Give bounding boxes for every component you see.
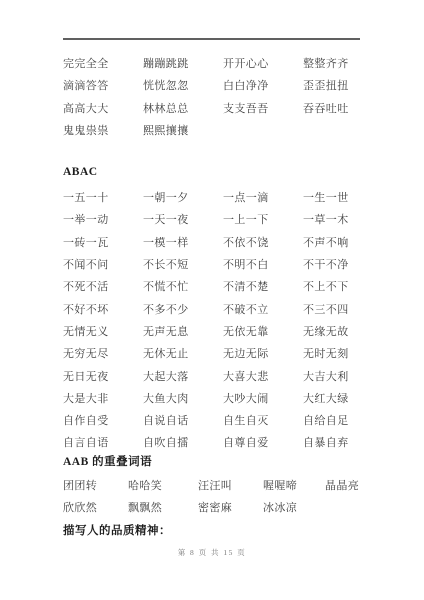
word-item: 自说自话: [143, 412, 223, 428]
word-item: 一天一夜: [143, 211, 223, 227]
word-row: 团团转 哈哈笑 汪汪叫 喔喔啼 晶晶亮: [63, 474, 359, 496]
word-item: 不慌不忙: [143, 278, 223, 294]
word-row: 无日无夜 大起大落 大喜大悲 大吉大利: [63, 364, 349, 386]
word-item: 不明不白: [223, 256, 303, 272]
word-item: 无时无刻: [303, 345, 349, 361]
word-item: 晶晶亮: [325, 477, 359, 493]
word-row: 一五一十 一朝一夕 一点一滴 一生一世: [63, 186, 349, 208]
word-item: 恍恍忽忽: [143, 77, 223, 93]
word-row: 滴滴答答 恍恍忽忽 白白净净 歪歪扭扭: [63, 74, 349, 96]
word-item: 完完全全: [63, 55, 143, 71]
word-item: 歪歪扭扭: [303, 77, 349, 93]
word-item: 支支吾吾: [223, 100, 303, 116]
word-item: 无声无息: [143, 323, 223, 339]
word-row: 大是大非 大鱼大肉 大吵大闹 大红大绿: [63, 387, 349, 409]
word-item: 欣欣然: [63, 499, 128, 515]
word-item: 自生自灭: [223, 412, 303, 428]
word-item: 冰冰凉: [263, 499, 325, 515]
aab-word-grid: 团团转 哈哈笑 汪汪叫 喔喔啼 晶晶亮 欣欣然 飘飘然 密密麻 冰冰凉: [63, 474, 359, 519]
word-row: 无情无义 无声无息 无依无靠 无缘无故: [63, 320, 349, 342]
word-item: 滴滴答答: [63, 77, 143, 93]
word-item: 无边无际: [223, 345, 303, 361]
word-item: 白白净净: [223, 77, 303, 93]
word-item: 一上一下: [223, 211, 303, 227]
word-item: 自给自足: [303, 412, 349, 428]
word-item: 团团转: [63, 477, 128, 493]
word-item: 整整齐齐: [303, 55, 349, 71]
word-item: 吞吞吐吐: [303, 100, 349, 116]
abac-word-grid: 一五一十 一朝一夕 一点一滴 一生一世 一举一动 一天一夜 一上一下 一草一木 …: [63, 186, 349, 454]
word-item: 一砖一瓦: [63, 234, 143, 250]
word-item: 大起大落: [143, 368, 223, 384]
word-row: 完完全全 蹦蹦跳跳 开开心心 整整齐齐: [63, 52, 349, 74]
word-item: 鬼鬼祟祟: [63, 122, 143, 138]
word-item: 无依无靠: [223, 323, 303, 339]
word-item: 自作自受: [63, 412, 143, 428]
word-item: 一举一动: [63, 211, 143, 227]
word-item: 不闻不问: [63, 256, 143, 272]
word-row: 自作自受 自说自话 自生自灭 自给自足: [63, 409, 349, 431]
word-row: 无穷无尽 无休无止 无边无际 无时无刻: [63, 342, 349, 364]
word-item: 喔喔啼: [263, 477, 325, 493]
word-row: 不闻不问 不长不短 不明不白 不干不净: [63, 253, 349, 275]
word-row: 欣欣然 飘飘然 密密麻 冰冰凉: [63, 496, 359, 518]
aabb-word-grid: 完完全全 蹦蹦跳跳 开开心心 整整齐齐 滴滴答答 恍恍忽忽 白白净净 歪歪扭扭 …: [63, 52, 349, 141]
document-page: 完完全全 蹦蹦跳跳 开开心心 整整齐齐 滴滴答答 恍恍忽忽 白白净净 歪歪扭扭 …: [0, 0, 424, 600]
word-item: 自暴自弃: [303, 434, 349, 450]
word-row: 自言自语 自吹自擂 自尊自爱 自暴自弃: [63, 431, 349, 453]
word-item: 无日无夜: [63, 368, 143, 384]
word-item: 无休无止: [143, 345, 223, 361]
word-item: 高高大大: [63, 100, 143, 116]
word-item: 大吵大闹: [223, 390, 303, 406]
word-row: 不好不坏 不多不少 不破不立 不三不四: [63, 297, 349, 319]
word-item: 一点一滴: [223, 189, 303, 205]
word-item: 不三不四: [303, 301, 349, 317]
word-item: 大是大非: [63, 390, 143, 406]
word-item: 大吉大利: [303, 368, 349, 384]
word-item: 一朝一夕: [143, 189, 223, 205]
word-row: 不死不活 不慌不忙 不清不楚 不上不下: [63, 275, 349, 297]
word-item: 哈哈笑: [128, 477, 198, 493]
section-heading-aab: AAB 的重叠词语: [63, 455, 152, 469]
word-item: 不声不响: [303, 234, 349, 250]
word-item: 大红大绿: [303, 390, 349, 406]
word-item: 大喜大悲: [223, 368, 303, 384]
word-row: 高高大大 林林总总 支支吾吾 吞吞吐吐: [63, 97, 349, 119]
word-item: 一生一世: [303, 189, 349, 205]
word-item: 一模一样: [143, 234, 223, 250]
word-item: 密密麻: [198, 499, 263, 515]
word-item: 不多不少: [143, 301, 223, 317]
word-item: 大鱼大肉: [143, 390, 223, 406]
word-item: 自吹自擂: [143, 434, 223, 450]
word-item: 自言自语: [63, 434, 143, 450]
word-item: 不长不短: [143, 256, 223, 272]
word-item: 蹦蹦跳跳: [143, 55, 223, 71]
word-item: 不干不净: [303, 256, 349, 272]
word-row: 一举一动 一天一夜 一上一下 一草一木: [63, 208, 349, 230]
word-item: 无情无义: [63, 323, 143, 339]
word-item: 飘飘然: [128, 499, 198, 515]
word-item: 无穷无尽: [63, 345, 143, 361]
word-item: 无缘无故: [303, 323, 349, 339]
word-item: 不清不楚: [223, 278, 303, 294]
word-row: 一砖一瓦 一模一样 不依不饶 不声不响: [63, 231, 349, 253]
word-item: 不上不下: [303, 278, 349, 294]
page-number-footer: 第 8 页 共 15 页: [0, 547, 424, 558]
word-item: 林林总总: [143, 100, 223, 116]
word-item: 不好不坏: [63, 301, 143, 317]
word-item: 汪汪叫: [198, 477, 263, 493]
word-item: 自尊自爱: [223, 434, 303, 450]
word-item: 熙熙攘攘: [143, 122, 189, 138]
section-heading-abac: ABAC: [63, 165, 98, 179]
word-row: 鬼鬼祟祟 熙熙攘攘: [63, 119, 349, 141]
word-item: 一草一木: [303, 211, 349, 227]
section-heading-quality: 描写人的品质精神：: [63, 524, 171, 538]
word-item: 不死不活: [63, 278, 143, 294]
word-item: 不破不立: [223, 301, 303, 317]
header-rule-line: [63, 38, 360, 40]
word-item: 开开心心: [223, 55, 303, 71]
word-item: 不依不饶: [223, 234, 303, 250]
word-item: 一五一十: [63, 189, 143, 205]
